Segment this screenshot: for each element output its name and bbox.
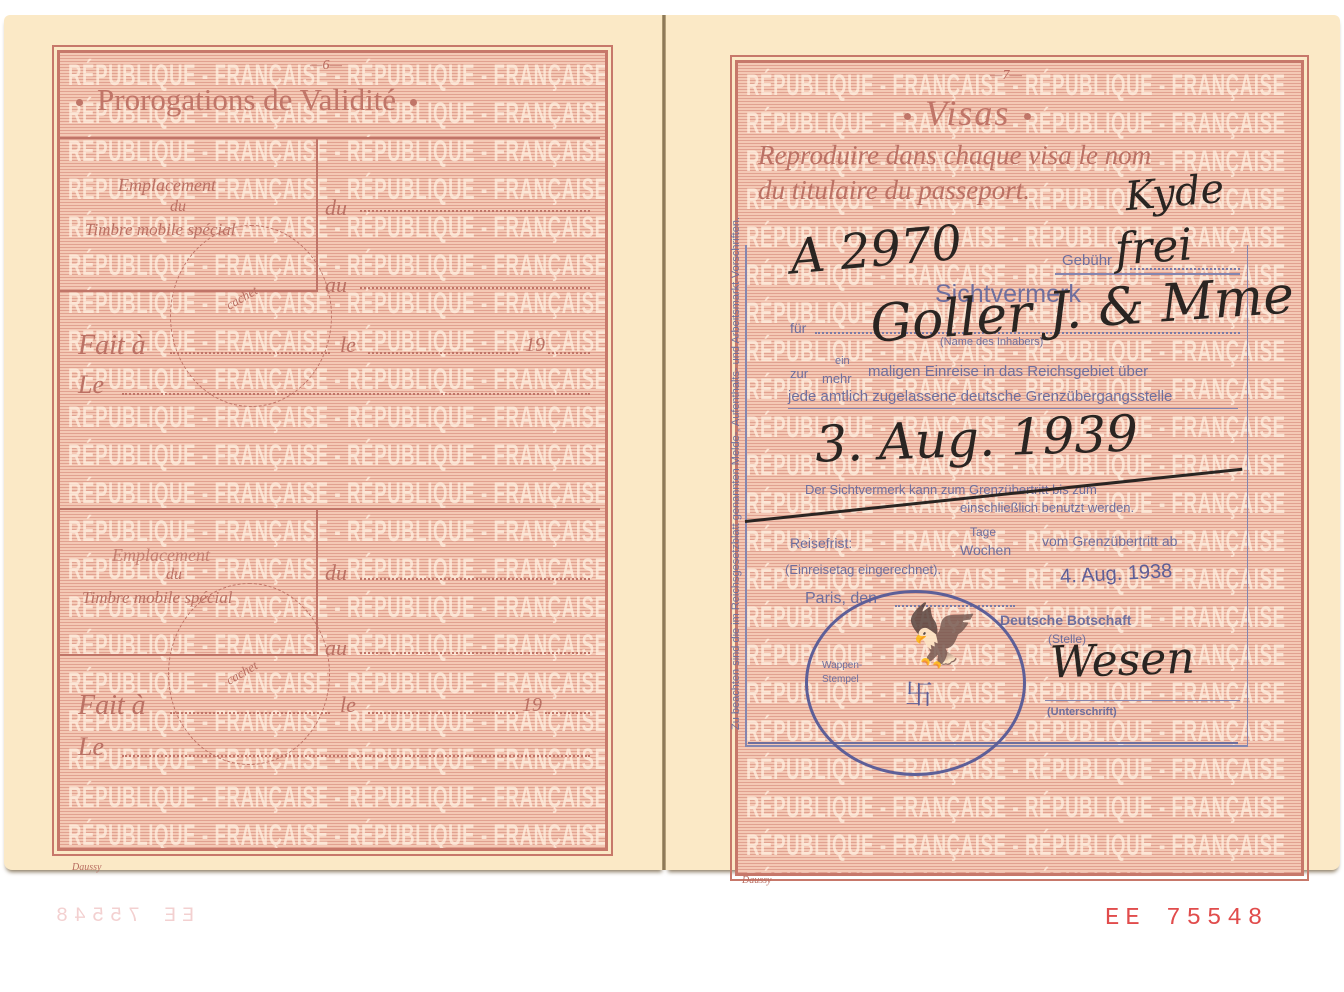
- watermark-text: RÉPUBLIQUE - FRANÇAISE - RÉPUBLIQUE - FR…: [68, 479, 401, 509]
- watermark-text: RÉPUBLIQUE - FRANÇAISE - RÉPUBLIQUE - FR…: [68, 517, 401, 547]
- book-spine: [662, 15, 666, 870]
- seal-label: Stempel: [822, 674, 859, 685]
- section-divider: [60, 508, 600, 510]
- year-prefix: 19: [522, 694, 542, 717]
- crossing-text: jede amtlich zugelassene deutsche Grenzü…: [788, 388, 1172, 405]
- watermark-text: RÉPUBLIQUE - FRANÇAISE - RÉPUBLIQUE - FR…: [746, 831, 1090, 861]
- left-page-title: Prorogations de Validité: [62, 82, 431, 118]
- cachet-circle: [170, 225, 332, 407]
- watermark-text: RÉPUBLIQUE - FRANÇAISE - RÉPUBLIQUE - FR…: [68, 783, 401, 813]
- by-field[interactable]: [122, 755, 590, 757]
- date-field[interactable]: [368, 352, 518, 354]
- stamp-location-label: du: [170, 198, 186, 216]
- for-label: für: [790, 320, 806, 336]
- validity-text-2: einschließlich benutzt werden.: [960, 500, 1134, 515]
- travel-from-text: vom Grenzübertritt ab: [1042, 533, 1177, 549]
- instruction-line-2: du titulaire du passeport.: [758, 175, 1030, 206]
- to-date-field[interactable]: [360, 287, 590, 289]
- divider: [60, 137, 600, 139]
- title-text: Prorogations de Validité: [97, 82, 396, 117]
- to-label: au: [325, 635, 347, 661]
- eagle-emblem-icon: 🦅: [905, 600, 980, 671]
- watermark-text: RÉPUBLIQUE - FRANÇAISE - RÉPUBLIQUE - FR…: [68, 821, 401, 851]
- handwritten-signature: Wesen: [1049, 632, 1195, 688]
- entry-option-multiple: mehr: [822, 371, 852, 386]
- handwritten-valid-until: 3. Aug. 1939: [814, 404, 1139, 473]
- entry-option-once: ein: [835, 355, 850, 367]
- year-field[interactable]: [548, 352, 590, 354]
- stamp-location-label: Emplacement: [112, 545, 210, 566]
- date-label: le: [340, 332, 356, 358]
- entry-text: maligen Einreise in das Reichsgebiet übe…: [868, 363, 1148, 380]
- done-at-label: Fait à: [78, 330, 146, 362]
- from-label: du: [325, 560, 347, 586]
- right-page-title: Visas: [890, 92, 1045, 134]
- handwritten-name-top: Kyde: [1123, 166, 1226, 220]
- printer-mark: Daussy: [742, 875, 771, 886]
- side-note: Zu beachten sind die im Reichsgesetzblat…: [730, 190, 742, 730]
- travel-unit-weeks: Wochen: [960, 542, 1011, 558]
- fee-label: Gebühr: [1062, 252, 1112, 269]
- stamp-location-label: du: [166, 566, 182, 584]
- year-prefix: 19: [525, 334, 545, 357]
- handwritten-fee: frei: [1113, 219, 1194, 275]
- passport-serial-number: EE 75548: [1105, 905, 1268, 932]
- to-date-field[interactable]: [360, 652, 590, 654]
- watermark-text: RÉPUBLIQUE - FRANÇAISE - RÉPUBLIQUE - FR…: [68, 137, 401, 167]
- swastika-emblem-icon: 卐: [905, 673, 933, 713]
- faded-serial-number: EE 75548: [50, 905, 194, 928]
- signature-caption: (Unterschrift): [1047, 706, 1117, 718]
- left-page-number: —6—: [310, 58, 342, 74]
- printer-mark: Daussy: [72, 862, 101, 873]
- right-page-number: —7—: [990, 68, 1022, 84]
- bullet-icon: [1024, 113, 1031, 120]
- by-label: Le: [78, 370, 104, 400]
- travel-period-label: Reisefrist:: [790, 535, 852, 551]
- year-field[interactable]: [545, 712, 590, 714]
- from-date-field[interactable]: [360, 210, 590, 212]
- stamp-location-label: Emplacement: [118, 175, 216, 196]
- date-field[interactable]: [368, 712, 518, 714]
- seal-label: Wappen-: [822, 660, 862, 671]
- left-panel-prorogations: RÉPUBLIQUE - FRANÇAISE - RÉPUBLIQUE - FR…: [57, 50, 608, 851]
- by-field[interactable]: [122, 393, 590, 395]
- signature-line: [1045, 700, 1240, 701]
- done-at-field[interactable]: [170, 352, 330, 354]
- watermark-text: RÉPUBLIQUE - FRANÇAISE - RÉPUBLIQUE - FR…: [68, 441, 401, 471]
- authority-label: Deutsche Botschaft: [1000, 612, 1131, 628]
- bullet-icon: [904, 113, 911, 120]
- watermark-text: RÉPUBLIQUE - FRANÇAISE - RÉPUBLIQUE - FR…: [746, 869, 1090, 876]
- watermark-text: RÉPUBLIQUE - FRANÇAISE - RÉPUBLIQUE - FR…: [746, 793, 1090, 823]
- watermark-text: RÉPUBLIQUE - FRANÇAISE - RÉPUBLIQUE - FR…: [68, 403, 401, 433]
- bullet-icon: [410, 99, 417, 106]
- title-text: Visas: [925, 93, 1010, 133]
- by-label: Le: [78, 732, 104, 762]
- from-label: du: [325, 195, 347, 221]
- date-label: le: [340, 692, 356, 718]
- instruction-line-1: Reproduire dans chaque visa le nom: [758, 140, 1151, 171]
- to-label: au: [325, 272, 347, 298]
- entry-prefix: zur: [790, 366, 808, 381]
- from-date-field[interactable]: [360, 578, 590, 580]
- travel-unit-days: Tage: [970, 525, 996, 539]
- done-at-field[interactable]: [170, 712, 330, 714]
- bullet-icon: [76, 99, 83, 106]
- travel-note: (Einreisetag eingerechnet).: [785, 562, 941, 577]
- done-at-label: Fait à: [78, 690, 146, 722]
